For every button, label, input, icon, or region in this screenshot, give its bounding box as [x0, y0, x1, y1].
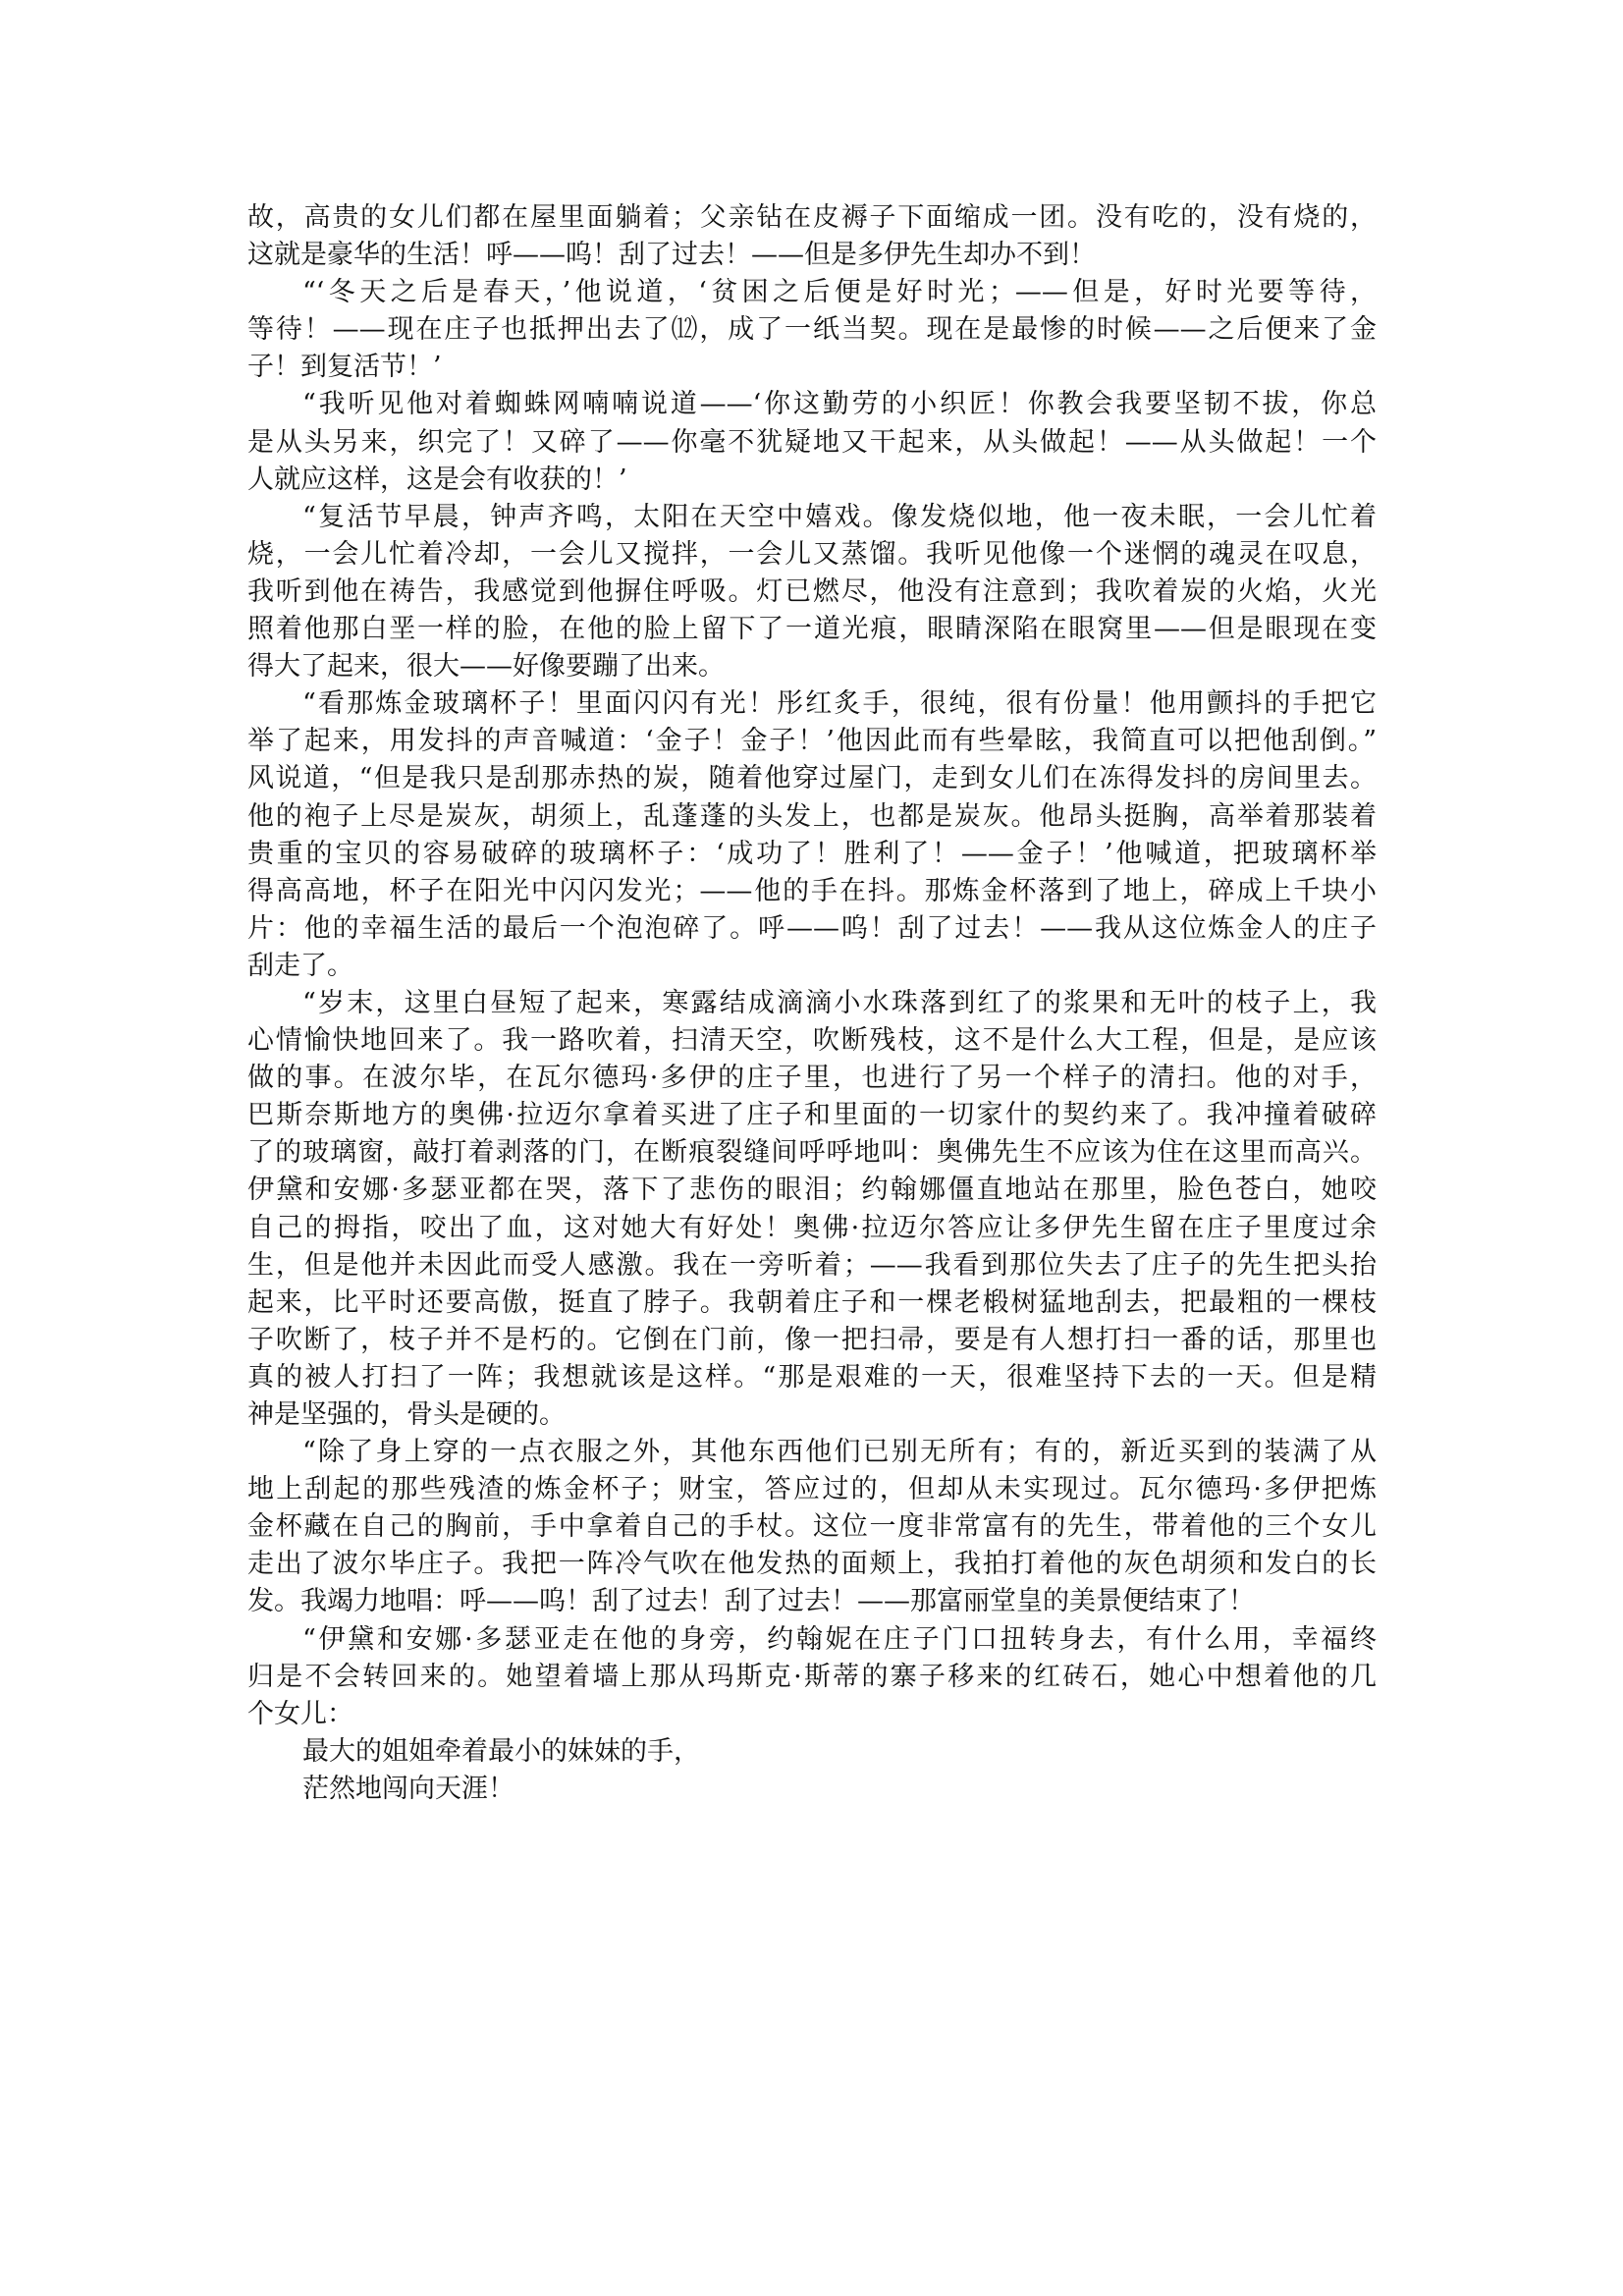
paragraph: “伊黛和安娜·多瑟亚走在他的身旁，约翰妮在庄子门口扭转身去，有什么用，幸福终 归… [247, 1621, 1377, 1733]
text-line: 发。我竭力地唱：呼——呜！刮了过去！刮了过去！——那富丽堂皇的美景便结束了！ [247, 1583, 1377, 1620]
verse-line: 茫然地闯向天涯！ [247, 1771, 1377, 1808]
text-line: 自己的拇指，咬出了血，这对她大有好处！奥佛·拉迈尔答应让多伊先生留在庄子里度过余 [247, 1210, 1377, 1247]
text-line: 真的被人打扫了一阵；我想就该是这样。“那是艰难的一天，很难坚持下去的一天。但是精 [247, 1359, 1377, 1396]
text-line: 神是坚强的，骨头是硬的。 [247, 1396, 1377, 1434]
text-line: 风说道，“但是我只是刮那赤热的炭，随着他穿过屋门，走到女儿们在冻得发抖的房间里去… [247, 760, 1377, 797]
verse: 最大的姐姐牵着最小的妹妹的手， 茫然地闯向天涯！ [247, 1733, 1377, 1808]
text-line: 他的袍子上尽是炭灰，胡须上，乱蓬蓬的头发上，也都是炭灰。他昂头挺胸，高举着那装着 [247, 798, 1377, 836]
text-line: “看那炼金玻璃杯子！里面闪闪有光！彤红炙手，很纯，很有份量！他用颤抖的手把它 [247, 685, 1377, 723]
text-line: 伊黛和安娜·多瑟亚都在哭，落下了悲伤的眼泪；约翰娜僵直地站在那里，脸色苍白，她咬 [247, 1172, 1377, 1209]
text-line: 贵重的宝贝的容易破碎的玻璃杯子：‘成功了！胜利了！——金子！’他喊道，把玻璃杯举 [247, 836, 1377, 873]
text-line: 故，高贵的女儿们都在屋里面躺着；父亲钻在皮褥子下面缩成一团。没有吃的，没有烧的， [247, 199, 1377, 237]
text-line: 子！到复活节！’ [247, 349, 1377, 386]
text-line: 心情愉快地回来了。我一路吹着，扫清天空，吹断残枝，这不是什么大工程，但是，是应该 [247, 1022, 1377, 1060]
text-line: “‘冬天之后是春天，’他说道，‘贫困之后便是好时光；——但是，好时光要等待， [247, 274, 1377, 311]
paragraph: “看那炼金玻璃杯子！里面闪闪有光！彤红炙手，很纯，很有份量！他用颤抖的手把它 举… [247, 685, 1377, 985]
text-line: “除了身上穿的一点衣服之外，其他东西他们已别无所有；有的，新近买到的装满了从 [247, 1434, 1377, 1471]
text-line: 走出了波尔毕庄子。我把一阵冷气吹在他发热的面颊上，我拍打着他的灰色胡须和发白的长 [247, 1546, 1377, 1583]
verse-line: 最大的姐姐牵着最小的妹妹的手， [247, 1733, 1377, 1771]
text-line: 得大了起来，很大——好像要蹦了出来。 [247, 648, 1377, 685]
text-line: 起来，比平时还要高傲，挺直了脖子。我朝着庄子和一棵老椴树猛地刮去，把最粗的一棵枝 [247, 1285, 1377, 1322]
paragraph: 故，高贵的女儿们都在屋里面躺着；父亲钻在皮褥子下面缩成一团。没有吃的，没有烧的，… [247, 199, 1377, 274]
text-line: 地上刮起的那些残渣的炼金杯子；财宝，答应过的，但却从未实现过。瓦尔德玛·多伊把炼 [247, 1471, 1377, 1508]
text-line: 做的事。在波尔毕，在瓦尔德玛·多伊的庄子里，也进行了另一个样子的清扫。他的对手， [247, 1060, 1377, 1097]
text-line: 片：他的幸福生活的最后一个泡泡碎了。呼——呜！刮了过去！——我从这位炼金人的庄子 [247, 910, 1377, 948]
paragraph: “‘冬天之后是春天，’他说道，‘贫困之后便是好时光；——但是，好时光要等待， 等… [247, 274, 1377, 386]
text-line: 子吹断了，枝子并不是朽的。它倒在门前，像一把扫帚，要是有人想打扫一番的话，那里也 [247, 1322, 1377, 1359]
text-line: 生，但是他并未因此而受人感激。我在一旁听着；——我看到那位失去了庄子的先生把头抬 [247, 1247, 1377, 1285]
text-line: 这就是豪华的生活！呼——呜！刮了过去！——但是多伊先生却办不到！ [247, 237, 1377, 274]
text-line: 了的玻璃窗，敲打着剥落的门，在断痕裂缝间呼呼地叫：奥佛先生不应该为住在这里而高兴… [247, 1134, 1377, 1172]
text-line: 归是不会转回来的。她望着墙上那从玛斯克·斯蒂的寨子移来的红砖石，她心中想着他的几 [247, 1659, 1377, 1696]
document-page: 故，高贵的女儿们都在屋里面躺着；父亲钻在皮褥子下面缩成一团。没有吃的，没有烧的，… [247, 199, 1377, 1808]
paragraph: “岁末，这里白昼短了起来，寒露结成滴滴小水珠落到红了的浆果和无叶的枝子上，我 心… [247, 985, 1377, 1434]
text-line: 个女儿： [247, 1696, 1377, 1733]
text-line: 举了起来，用发抖的声音喊道：‘金子！金子！’他因此而有些晕眩，我简直可以把他刮倒… [247, 723, 1377, 760]
text-line: 我听到他在祷告，我感觉到他摒住呼吸。灯已燃尽，他没有注意到；我吹着炭的火焰，火光 [247, 574, 1377, 611]
text-line: 巴斯奈斯地方的奥佛·拉迈尔拿着买进了庄子和里面的一切家什的契约来了。我冲撞着破碎 [247, 1097, 1377, 1134]
text-line: 得高高地，杯子在阳光中闪闪发光；——他的手在抖。那炼金杯落到了地上，碎成上千块小 [247, 873, 1377, 910]
text-line: “复活节早晨，钟声齐鸣，太阳在天空中嬉戏。像发烧似地，他一夜未眠，一会儿忙着 [247, 499, 1377, 536]
text-line: 是从头另来，织完了！又碎了——你毫不犹疑地又干起来，从头做起！——从头做起！一个 [247, 424, 1377, 462]
text-line: 等待！——现在庄子也抵押出去了⑿，成了一纸当契。现在是最惨的时候——之后便来了金 [247, 311, 1377, 349]
text-line: “岁末，这里白昼短了起来，寒露结成滴滴小水珠落到红了的浆果和无叶的枝子上，我 [247, 985, 1377, 1022]
text-line: 照着他那白垩一样的脸，在他的脸上留下了一道光痕，眼睛深陷在眼窝里——但是眼现在变 [247, 611, 1377, 648]
text-line: 刮走了。 [247, 948, 1377, 985]
text-line: “我听见他对着蜘蛛网喃喃说道——‘你这勤劳的小织匠！你教会我要坚韧不拔，你总 [247, 386, 1377, 423]
paragraph: “我听见他对着蜘蛛网喃喃说道——‘你这勤劳的小织匠！你教会我要坚韧不拔，你总 是… [247, 386, 1377, 498]
text-line: “伊黛和安娜·多瑟亚走在他的身旁，约翰妮在庄子门口扭转身去，有什么用，幸福终 [247, 1621, 1377, 1659]
text-line: 金杯藏在自己的胸前，手中拿着自己的手杖。这位一度非常富有的先生，带着他的三个女儿 [247, 1508, 1377, 1546]
text-line: 人就应这样，这是会有收获的！’ [247, 462, 1377, 499]
text-line: 烧，一会儿忙着冷却，一会儿又搅拌，一会儿又蒸馏。我听见他像一个迷惘的魂灵在叹息， [247, 536, 1377, 574]
paragraph: “除了身上穿的一点衣服之外，其他东西他们已别无所有；有的，新近买到的装满了从 地… [247, 1434, 1377, 1620]
paragraph: “复活节早晨，钟声齐鸣，太阳在天空中嬉戏。像发烧似地，他一夜未眠，一会儿忙着 烧… [247, 499, 1377, 685]
